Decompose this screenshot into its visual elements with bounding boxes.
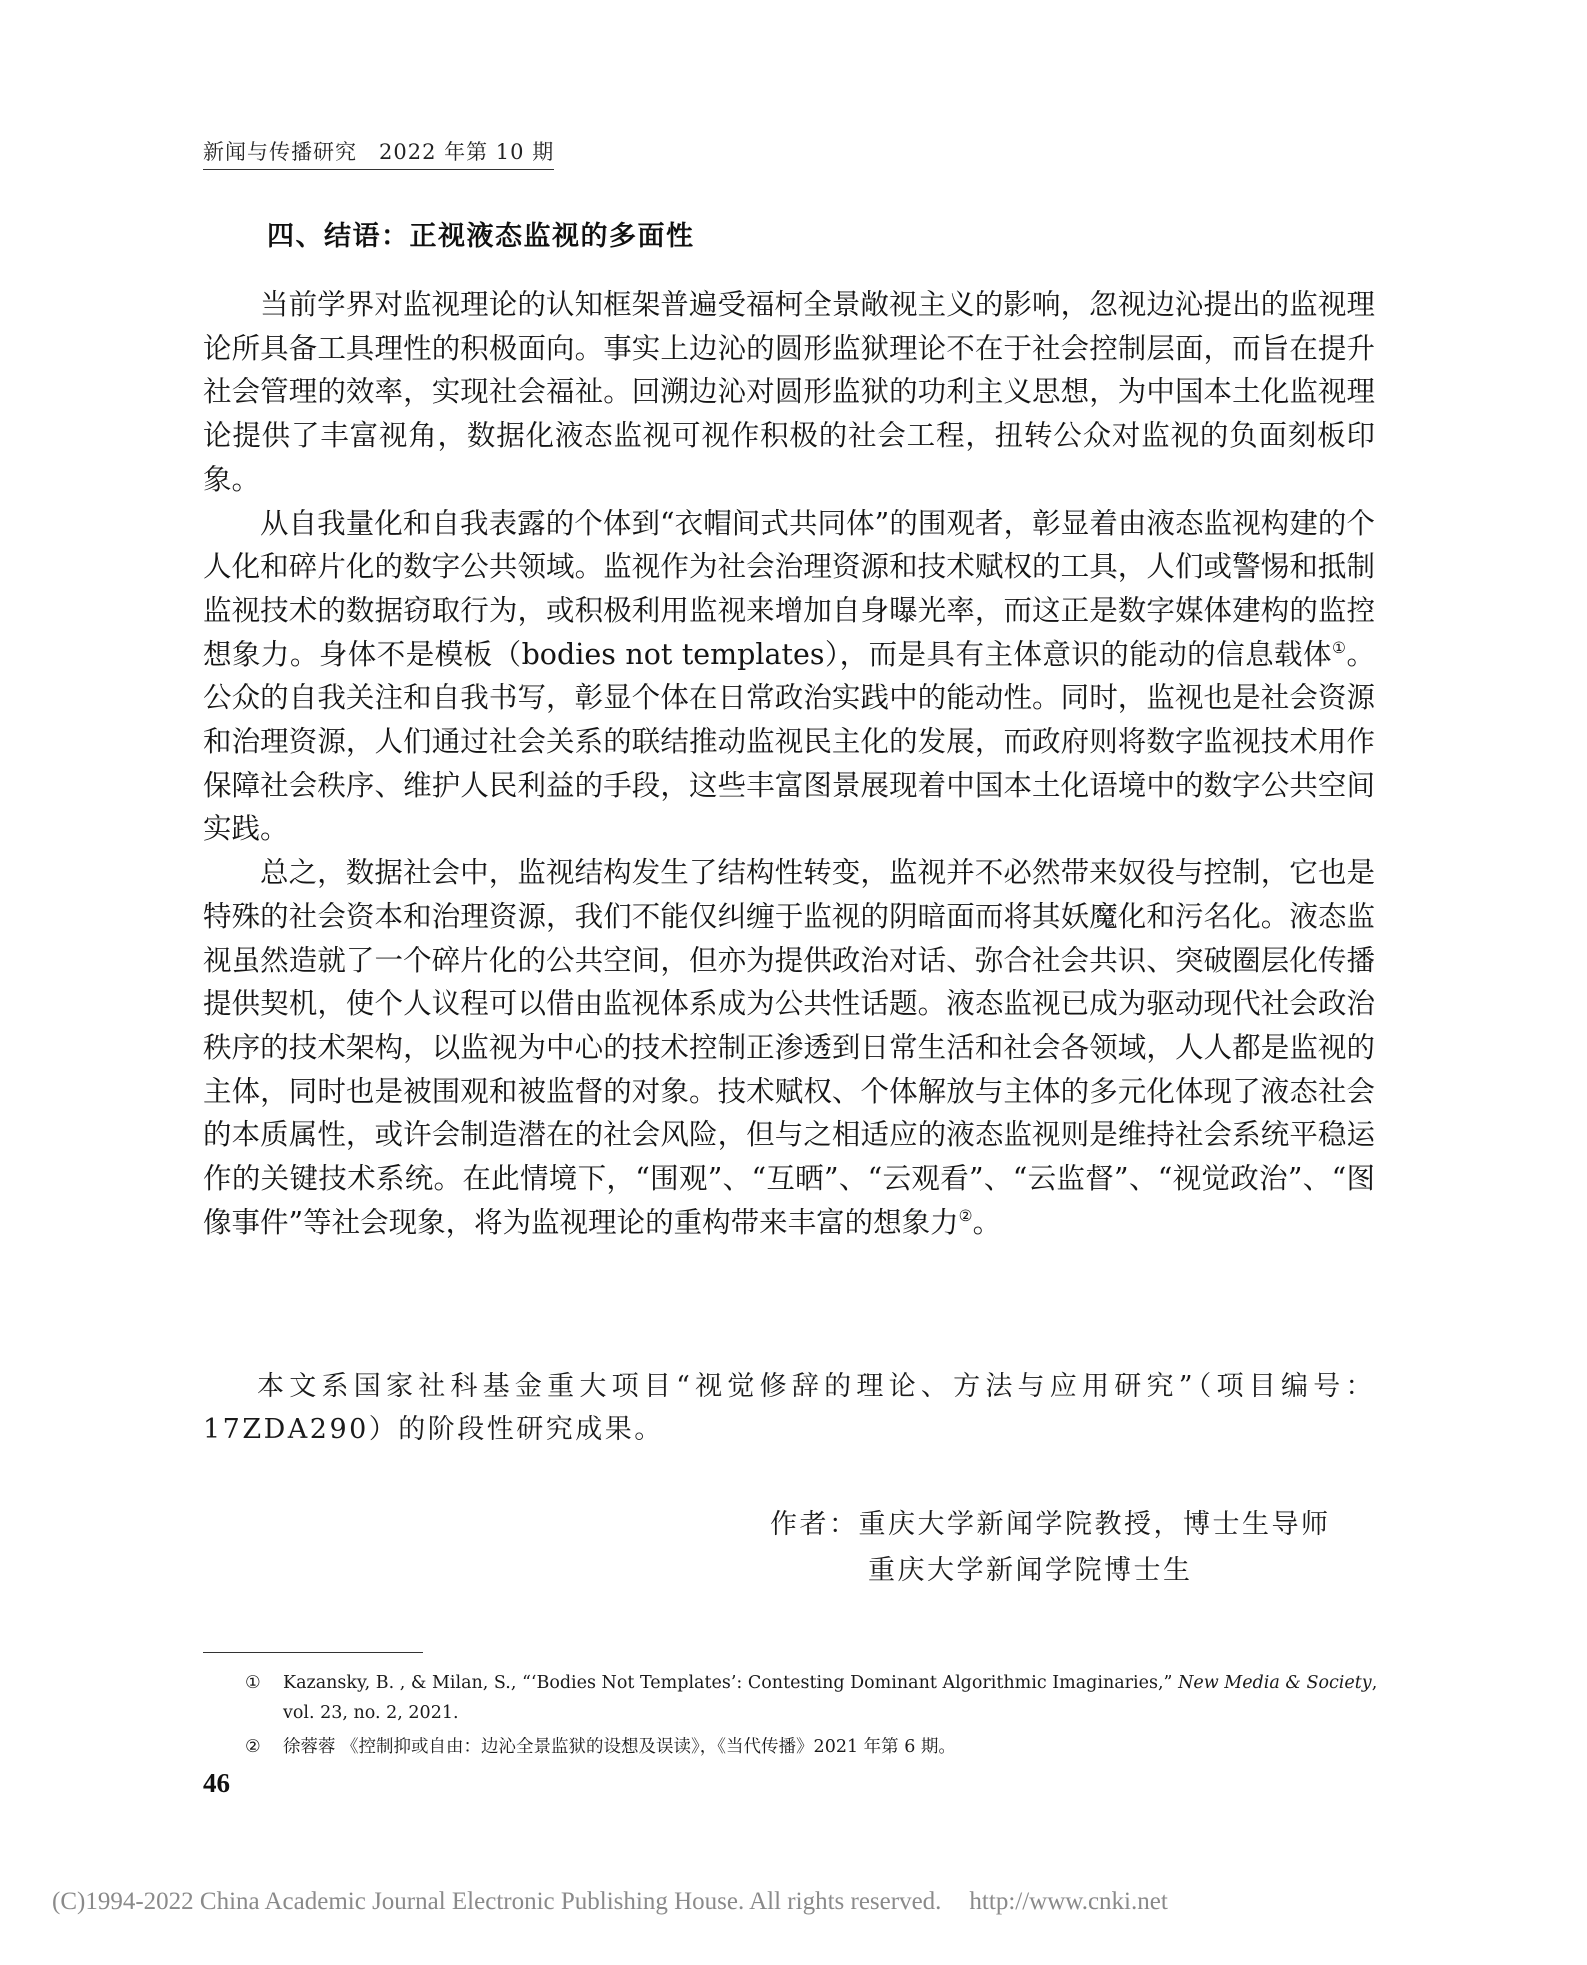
footnote-1-mark: ① <box>245 1668 261 1698</box>
funding-note: 本文系国家社科基金重大项目“视觉修辞的理论、方法与应用研究”（项目编号：17ZD… <box>203 1365 1375 1451</box>
footnote-1-text: Kazansky, B. , & Milan, S., “‘Bodies Not… <box>283 1673 1178 1693</box>
paragraph-3: 总之，数据社会中，监视结构发生了结构性转变，监视并不必然带来奴役与控制，它也是特… <box>203 851 1375 1244</box>
paragraph-2: 从自我量化和自我表露的个体到“衣帽间式共同体”的围观者，彰显着由液态监视构建的个… <box>203 502 1375 852</box>
cnki-link[interactable]: http://www.cnki.net <box>969 1888 1167 1915</box>
footnote-2-text: 徐蓉蓉 《控制抑或自由：边沁全景监狱的设想及误读》，《当代传播》2021 年第 … <box>283 1737 956 1757</box>
footnote-ref-1[interactable]: ① <box>1332 638 1347 657</box>
page-number: 46 <box>203 1768 230 1799</box>
body-text: 当前学界对监视理论的认知框架普遍受福柯全景敞视主义的影响，忽视边沁提出的监视理论… <box>203 283 1375 1244</box>
footnote-1: ①Kazansky, B. , & Milan, S., “‘Bodies No… <box>245 1668 1380 1728</box>
journal-name: 新闻与传播研究 <box>203 140 357 164</box>
author-affiliation-2: 重庆大学新闻学院博士生 <box>770 1548 1376 1594</box>
copyright-notice: (C)1994-2022 China Academic Journal Elec… <box>52 1888 941 1915</box>
document-page: 新闻与传播研究2022 年第 10 期 四、结语：正视液态监视的多面性 当前学界… <box>0 0 1587 1965</box>
author-label: 作者： <box>770 1509 859 1540</box>
footnote-1-journal: New Media & Society <box>1178 1673 1372 1693</box>
issue-info: 2022 年第 10 期 <box>379 140 554 164</box>
footnote-2-mark: ② <box>245 1732 261 1762</box>
paragraph-1: 当前学界对监视理论的认知框架普遍受福柯全景敞视主义的影响，忽视边沁提出的监视理论… <box>203 283 1375 502</box>
author-line-1: 作者：重庆大学新闻学院教授，博士生导师 <box>770 1502 1376 1548</box>
paragraph-2-text-a: 从自我量化和自我表露的个体到“衣帽间式共同体”的围观者，彰显着由液态监视构建的个… <box>203 507 1375 671</box>
section-heading: 四、结语：正视液态监视的多面性 <box>267 214 695 253</box>
running-header: 新闻与传播研究2022 年第 10 期 <box>203 136 554 170</box>
author-block: 作者：重庆大学新闻学院教授，博士生导师 重庆大学新闻学院博士生 <box>770 1502 1376 1594</box>
copyright-footer: (C)1994-2022 China Academic Journal Elec… <box>52 1888 1168 1916</box>
footnotes: ①Kazansky, B. , & Milan, S., “‘Bodies No… <box>245 1668 1380 1766</box>
footnote-2: ②徐蓉蓉 《控制抑或自由：边沁全景监狱的设想及误读》，《当代传播》2021 年第… <box>245 1732 1380 1762</box>
funding-note-text: 本文系国家社科基金重大项目“视觉修辞的理论、方法与应用研究”（项目编号：17ZD… <box>203 1365 1375 1451</box>
footnote-divider <box>203 1652 423 1653</box>
paragraph-3-text-b: 。 <box>973 1206 1002 1239</box>
author-affiliation-1: 重庆大学新闻学院教授，博士生导师 <box>859 1509 1331 1540</box>
paragraph-3-text-a: 总之，数据社会中，监视结构发生了结构性转变，监视并不必然带来奴役与控制，它也是特… <box>203 856 1375 1239</box>
footnote-ref-2[interactable]: ② <box>959 1206 973 1225</box>
